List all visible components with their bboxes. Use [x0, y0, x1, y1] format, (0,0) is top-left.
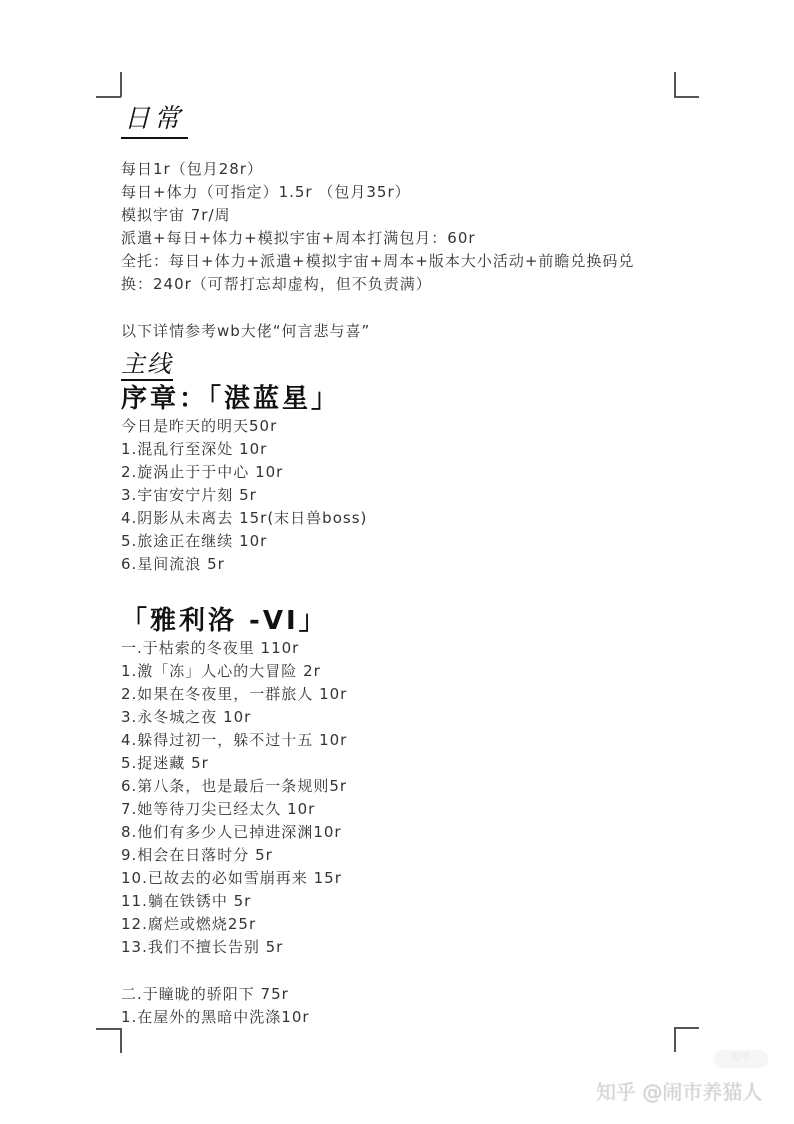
jarilo-line: 4.躲得过初一，躲不过十五 10r	[121, 729, 347, 750]
jarilo-line: 6.第八条，也是最后一条规则5r	[121, 775, 347, 796]
jarilo-line: 9.相会在日落时分 5r	[121, 844, 273, 865]
daily-line: 全托：每日+体力+派遣+模拟宇宙+周本+版本大小活动+前瞻兑换码兑	[121, 250, 634, 271]
watermark: 知乎 @闹市养猫人	[596, 1076, 762, 1105]
prologue-line: 2.旋涡止于于中心 10r	[121, 461, 283, 482]
jarilo-line: 10.已故去的必如雪崩再来 15r	[121, 867, 342, 888]
prologue-line: 5.旅途正在继续 10r	[121, 530, 267, 551]
main-story-heading: 主线	[121, 344, 173, 381]
prologue-line: 1.混乱行至深处 10r	[121, 438, 267, 459]
jarilo-line: 11.躺在铁锈中 5r	[121, 890, 251, 911]
crop-mark-bottom-right-v	[674, 1027, 676, 1052]
daily-line: 每日+体力（可指定）1.5r （包月35r）	[121, 181, 411, 202]
jarilo-line: 二.于瞳昽的骄阳下 75r	[121, 983, 289, 1004]
jarilo-line: 3.永冬城之夜 10r	[121, 706, 251, 727]
crop-mark-bottom-left-h	[96, 1028, 121, 1030]
daily-line: 每日1r（包月28r）	[121, 158, 263, 179]
watermark-badge: 知乎	[714, 1050, 768, 1068]
prologue-line: 4.阴影从未离去 15r(末日兽boss)	[121, 507, 367, 528]
jarilo-line: 13.我们不擅长告别 5r	[121, 936, 283, 957]
jarilo-line: 5.捉迷藏 5r	[121, 752, 209, 773]
jarilo-line: 8.他们有多少人已掉进深渊10r	[121, 821, 342, 842]
crop-mark-bottom-left-v	[120, 1028, 122, 1053]
prologue-line: 3.宇宙安宁片刻 5r	[121, 484, 257, 505]
daily-heading: 日常	[121, 98, 188, 139]
jarilo-line: 1.激「冻」人心的大冒险 2r	[121, 660, 321, 681]
jarilo-line: 一.于枯索的冬夜里 110r	[121, 637, 299, 658]
prologue-line: 今日是昨天的明天50r	[121, 415, 277, 436]
prologue-line: 6.星间流浪 5r	[121, 553, 225, 574]
jarilo-line: 7.她等待刀尖已经太久 10r	[121, 798, 315, 819]
crop-mark-top-right-v	[674, 72, 676, 97]
jarilo-line: 1.在屋外的黑暗中洗涤10r	[121, 1006, 310, 1027]
jarilo-title: 「雅利洛 -VI」	[121, 600, 328, 637]
daily-line: 模拟宇宙 7r/周	[121, 204, 231, 225]
jarilo-line: 12.腐烂或燃烧25r	[121, 913, 256, 934]
crop-mark-bottom-right-h	[674, 1027, 699, 1029]
crop-mark-top-left-v	[120, 72, 122, 97]
daily-line: 换：240r（可帮打忘却虚构，但不负责满）	[121, 273, 432, 294]
daily-line: 派遣+每日+体力+模拟宇宙+周本打满包月：60r	[121, 227, 476, 248]
prologue-title: 序章：「湛蓝星」	[121, 378, 340, 415]
crop-mark-top-right-h	[674, 96, 699, 98]
crop-mark-top-left-h	[96, 96, 121, 98]
reference-note: 以下详情参考wb大佬“何言悲与喜”	[121, 320, 370, 341]
jarilo-line: 2.如果在冬夜里，一群旅人 10r	[121, 683, 347, 704]
